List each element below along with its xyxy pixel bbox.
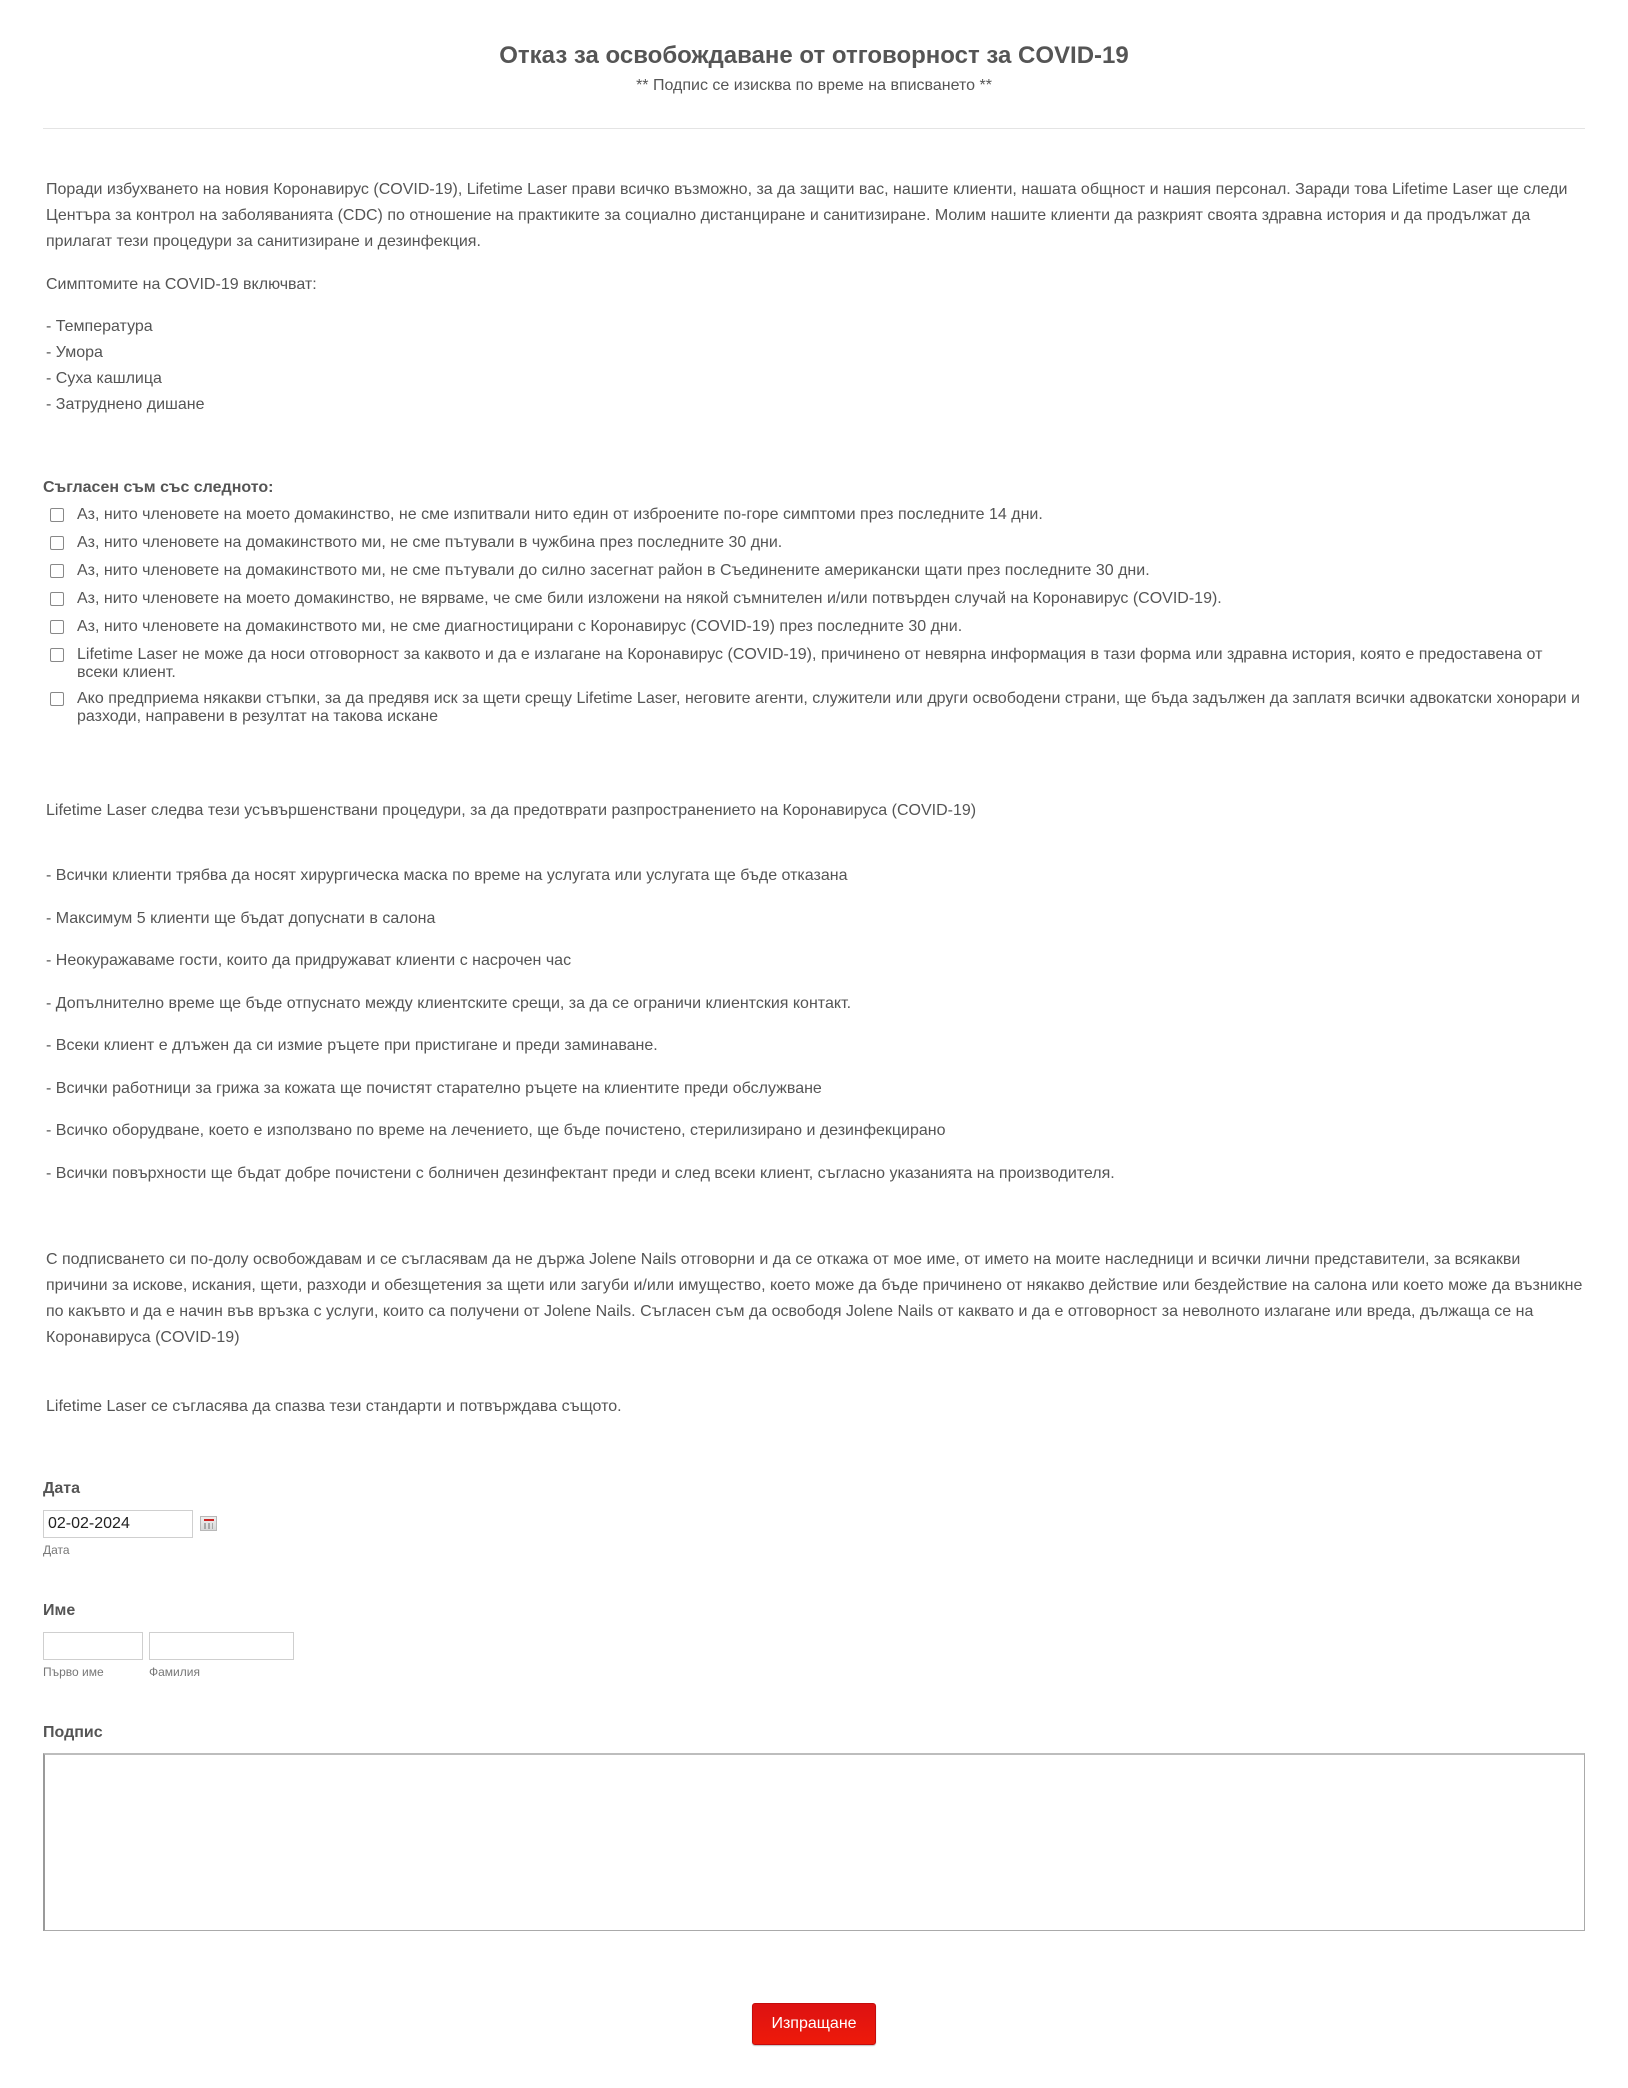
procedures-list: - Всички клиенти трябва да носят хирурги… bbox=[46, 866, 1115, 1206]
procedure-item: - Всичко оборудване, което е използвано … bbox=[46, 1121, 1115, 1141]
agreement-option[interactable]: Аз, нито членовете на моето домакинство,… bbox=[50, 590, 1590, 608]
checkbox[interactable] bbox=[50, 536, 64, 550]
agreement-option[interactable]: Ако предприема някакви стъпки, за да пре… bbox=[50, 690, 1590, 726]
agreement-option[interactable]: Аз, нито членовете на домакинството ми, … bbox=[50, 562, 1590, 580]
symptoms-list: - Температура - Умора - Суха кашлица - З… bbox=[46, 314, 205, 418]
checkbox[interactable] bbox=[50, 648, 64, 662]
agreement-option[interactable]: Аз, нито членовете на домакинството ми, … bbox=[50, 618, 1590, 636]
header-divider bbox=[43, 128, 1585, 129]
agreement-option-text: Аз, нито членовете на домакинството ми, … bbox=[77, 534, 1587, 552]
agreement-option[interactable]: Аз, нито членовете на домакинството ми, … bbox=[50, 534, 1590, 552]
agreement-option-text: Аз, нито членовете на домакинството ми, … bbox=[77, 562, 1587, 580]
procedure-item: - Всички повърхности ще бъдат добре почи… bbox=[46, 1164, 1115, 1184]
agreement-option[interactable]: Аз, нито членовете на моето домакинство,… bbox=[50, 506, 1590, 524]
form-header: Отказ за освобождаване от отговорност за… bbox=[0, 0, 1628, 96]
symptom-item: - Умора bbox=[46, 340, 205, 366]
checkbox[interactable] bbox=[50, 620, 64, 634]
agreement-checklist: Аз, нито членовете на моето домакинство,… bbox=[50, 506, 1590, 734]
submit-button[interactable]: Изпращане bbox=[752, 2003, 876, 2045]
first-name-sublabel: Първо име bbox=[43, 1665, 104, 1679]
procedure-item: - Всички клиенти трябва да носят хирурги… bbox=[46, 866, 1115, 886]
last-name-input[interactable] bbox=[149, 1632, 294, 1660]
procedure-item: - Всички работници за грижа за кожата ще… bbox=[46, 1079, 1115, 1099]
signature-pad[interactable] bbox=[43, 1753, 1585, 1931]
agreement-option-text: Аз, нито членовете на домакинството ми, … bbox=[77, 618, 1587, 636]
procedure-item: - Максимум 5 клиенти ще бъдат допуснати … bbox=[46, 909, 1115, 929]
last-name-sublabel: Фамилия bbox=[149, 1665, 200, 1679]
agreement-option-text: Ако предприема някакви стъпки, за да пре… bbox=[77, 690, 1587, 726]
symptom-item: - Затруднено дишане bbox=[46, 392, 205, 418]
standards-statement: Lifetime Laser се съгласява да спазва те… bbox=[46, 1394, 622, 1420]
calendar-icon[interactable] bbox=[200, 1516, 217, 1531]
checkbox[interactable] bbox=[50, 692, 64, 706]
checkbox[interactable] bbox=[50, 592, 64, 606]
procedure-item: - Всеки клиент е длъжен да си измие ръце… bbox=[46, 1036, 1115, 1056]
symptom-item: - Суха кашлица bbox=[46, 366, 205, 392]
symptoms-heading: Симптомите на COVID-19 включват: bbox=[46, 272, 317, 298]
checkbox[interactable] bbox=[50, 564, 64, 578]
procedures-intro: Lifetime Laser следва тези усъвършенства… bbox=[46, 798, 976, 824]
page-subtitle: ** Подпис се изисква по време на вписван… bbox=[0, 76, 1628, 96]
date-sublabel: Дата bbox=[43, 1543, 70, 1557]
agreement-option-text: Аз, нито членовете на моето домакинство,… bbox=[77, 590, 1587, 608]
date-input[interactable] bbox=[43, 1510, 193, 1538]
intro-paragraph: Поради избухването на новия Коронавирус … bbox=[46, 177, 1586, 255]
procedure-item: - Допълнително време ще бъде отпуснато м… bbox=[46, 994, 1115, 1014]
agreement-label: Съгласен съм със следното: bbox=[43, 479, 273, 497]
agreement-option-text: Lifetime Laser не може да носи отговорно… bbox=[77, 646, 1587, 682]
release-paragraph: С подписването си по-долу освобождавам и… bbox=[46, 1247, 1586, 1351]
agreement-option-text: Аз, нито членовете на моето домакинство,… bbox=[77, 506, 1587, 524]
checkbox[interactable] bbox=[50, 508, 64, 522]
procedure-item: - Неокуражаваме гости, които да придружа… bbox=[46, 951, 1115, 971]
agreement-option[interactable]: Lifetime Laser не може да носи отговорно… bbox=[50, 646, 1590, 682]
name-label: Име bbox=[43, 1602, 75, 1620]
date-label: Дата bbox=[43, 1480, 80, 1498]
first-name-input[interactable] bbox=[43, 1632, 143, 1660]
signature-label: Подпис bbox=[43, 1724, 103, 1742]
symptom-item: - Температура bbox=[46, 314, 205, 340]
page-title: Отказ за освобождаване от отговорност за… bbox=[0, 42, 1628, 70]
